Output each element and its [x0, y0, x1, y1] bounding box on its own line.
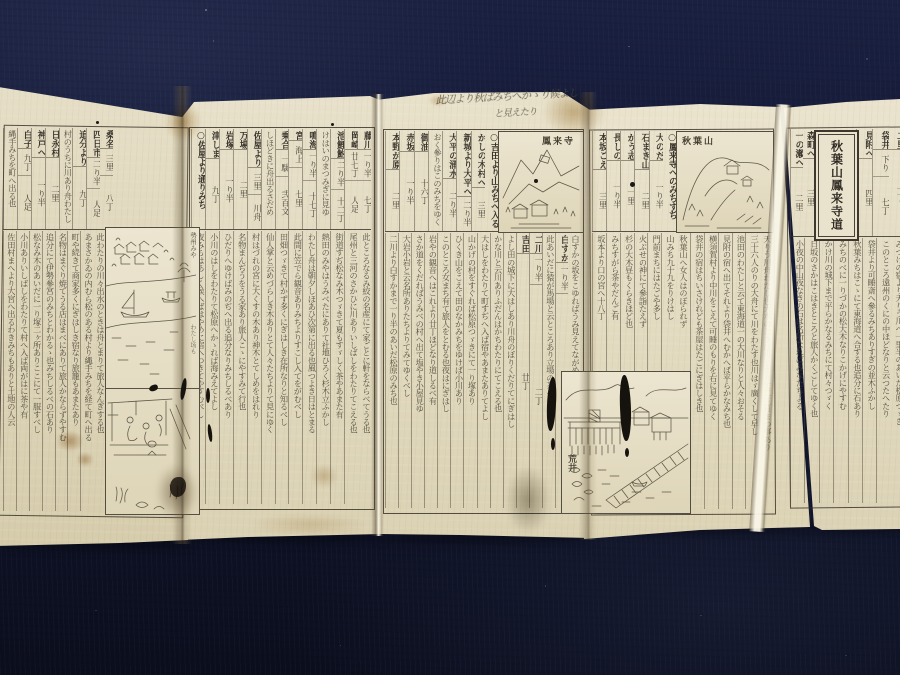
entry-distance: 一り半: [650, 161, 663, 231]
column-text: 村はづれの宮に大くすの木あり神木とてしめをはれり: [248, 231, 261, 504]
column-text: ○鳳来寺へのみちすぢ: [663, 131, 676, 231]
text-column: みちのべに一りづかの松大木なりこかげにやすむ: [833, 238, 847, 503]
column-text: このところ女まち有て旅人をとむる也夜はにぎはし: [438, 233, 450, 508]
text-column: 本坂ごえ三里: [592, 131, 606, 231]
text-column: 万場二里: [233, 129, 247, 229]
column-text: 仙人掌と云めづらしき木ありとて人々たちよりて見にゆく: [262, 231, 275, 504]
column-text: 追分にて伊勢參宮のみちとわかるゝ也みちしるべの石あり: [43, 231, 55, 511]
entry-name: 吉田: [517, 233, 529, 254]
column-text: ○吉田より山みちへ入る: [485, 131, 498, 231]
column-text: 小川のはしをわたりて松原へかゝれば海みえてよし: [206, 231, 219, 504]
column-text: 火ぶせの神にて參詣たえず: [635, 233, 648, 371]
text-block-panel4-right: 天りう川舟わたし也大水のときは舟とまりて二三日まつ事あり三十六人のりの大舟にて川…: [690, 233, 772, 509]
column-text: 池田のわたしと云て東海道一の大川なりと人々おそる: [733, 233, 746, 509]
entry-distance: 七里: [289, 168, 302, 229]
ink-stroke: [206, 388, 210, 403]
text-column: 池田のわたしと云て東海道一の大川なりと人々おそる: [732, 233, 746, 509]
entry-name: 池鯉鮒: [331, 129, 344, 159]
text-column: みつけの宿より天りう川へ一里半のあいだ松原つゞき: [891, 238, 900, 503]
column-text: さか道をくだればうみべの村へ出て塩やき小屋見ゆ: [412, 233, 424, 508]
text-column: 仙人掌と云めづらしき木ありとて人々たちよりて見にゆく: [261, 231, 275, 504]
column-text: 尾州と三河のさかひに川ありいしばしをわたりてこえる也: [345, 231, 358, 504]
text-column: 四日市二り半人足: [86, 128, 100, 229]
column-text: 岩やの観音へはこれより廿丁ほどなり道しるべ有: [425, 233, 437, 508]
text-column: 森町へ三里: [803, 129, 815, 236]
column-text: 田畑つゞきて村かず多くにぎはしき在所なりと知るべし: [276, 231, 289, 504]
text-column: 追分より九丁: [72, 128, 86, 229]
route-register-panel3: ○吉田より山みちへ入るかしの木村へ三里新城より大平へ二り半大平の涌水二り半おく參…: [385, 131, 498, 232]
entry-distance: 九丁: [73, 167, 86, 229]
ink-dot: [96, 121, 99, 124]
ink-drip: [551, 438, 555, 450]
entry-name: 岡崎: [345, 129, 358, 150]
text-block-panel2: 此ところなるみ絞の名産にて家ごとに軒をならべてうる也尾州と三河のさかひに川ありい…: [191, 231, 371, 504]
text-column: 大岩小岩と云名所ありたちよりてみてゆくべし: [398, 233, 411, 508]
entry-name: 神戸へ: [32, 128, 45, 158]
entry-name: かう志: [621, 131, 634, 161]
text-block-panel4-left: 秋葉山へ女人はのぼられず山みち九十九をりけはし門前まちにはたごや多し火ぶせの神に…: [592, 233, 688, 371]
text-column: さか道をくだればうみべの村へ出て塩やき小屋見ゆ: [411, 233, 424, 508]
text-column: 大はしをわたりて町すぢへ入ば宿やあまたありてよし: [477, 233, 490, 508]
text-column: あまさかゐの内むら松のある村より縄手みちを経て町へ出る: [80, 231, 93, 511]
entry-distance: 七丁: [873, 177, 888, 236]
akibasan-illustration: 秋葉山: [676, 131, 774, 233]
text-column: 縄手みちを町へ出る也: [3, 128, 17, 229]
text-column: 岡崎廿七丁人足: [344, 129, 358, 229]
text-column: ひだりへゆけばみのぢへ出る追分なりみちしるべあり: [219, 231, 233, 504]
text-column: おく參りはこのみちをゆく: [428, 131, 442, 231]
route-register-panel5-left: 森町へ三里一の瀬へ二里: [790, 129, 814, 237]
entry-distance: 一駄: [276, 150, 289, 177]
column-text: 見附の宿へ出てそれより袋井へむかへば平らかなみち也: [719, 233, 732, 509]
entry-distance: 四里: [857, 159, 872, 236]
text-column: 田畑つゞきて村かず多くにぎはしき在所なりと知るべし: [275, 231, 289, 504]
photo-scene: 桑名三里八丁四日市二り半人足追分より九丁村のうちに川あり舟わたし日永村二里神戸へ…: [0, 0, 900, 675]
column-text: 小夜の中山夜なきの石は名所なればみなたちよる: [791, 238, 804, 503]
entry-name: 本野が原: [386, 131, 399, 170]
entry-name: 白子: [18, 128, 31, 149]
entry-distance: 一り半: [607, 161, 620, 231]
column-text: 袋井の宿はちいさけれども茶屋はたごにぎはしき也: [691, 233, 704, 509]
entry-name: 一の瀬へ: [791, 129, 803, 168]
entry-distance: 八丁: [100, 176, 113, 229]
text-column: ○佐屋より通りみち: [191, 129, 205, 229]
ferry-label: わたし场も: [189, 324, 195, 354]
text-column: 白子九丁人足: [17, 128, 31, 229]
text-column: 山みち九十九をりけはし: [661, 233, 675, 371]
text-column: わたし舟は朝夕しほあひ次第に出る也風つよき日はとまる: [302, 231, 316, 504]
column-text: ひくき山をこえて田のなかみちをゆけば小川あり: [451, 233, 463, 508]
entry-distance: 二里: [386, 170, 399, 231]
text-column: ひくき山をこえて田のなかみちをゆけば小川あり: [450, 233, 463, 508]
column-text: 縄手みちを町へ出る也: [4, 128, 17, 229]
column-text: 門前まちにはたごや多し: [648, 233, 661, 371]
column-text: 松なみ木のあいだに一り塚二ヶ所ありここにて一服すべし: [30, 231, 42, 511]
text-column: 杉の大木昼もくらきほど也: [620, 233, 634, 371]
column-text: 此間に笠でら観音ありみちよりすこし入てをがむべし: [289, 231, 302, 504]
route-register-panel1: 桑名三里八丁四日市二り半人足追分より九丁村のうちに川あり舟わたし日永村二里神戸へ…: [3, 128, 113, 230]
column-text: 名物はまぐり焼てうる店はまべにありて旅人かならずやすむ: [56, 231, 68, 511]
entry-name: 本坂ごえ: [593, 131, 606, 170]
column-text: 杉の大木昼もくらきほど也: [621, 233, 634, 371]
entry-distance: 二り半: [457, 197, 470, 231]
entry-name: 新城より大平へ: [457, 131, 470, 197]
entry-name: 万場: [234, 129, 247, 150]
text-column: 岩やの観音へはこれより廿丁ほどなり道しるべ有: [424, 233, 437, 508]
entry-distance: 一り半: [530, 254, 542, 285]
text-column: 門前まちにはたごや多し: [647, 233, 661, 371]
text-block-panel5: みつけの宿より天りう川へ一里半のあいだ松原つゞきこのところ遠州のくにの中ほどなり…: [790, 238, 900, 503]
column-text: 大岩小岩と云名所ありたちよりてみてゆくべし: [399, 233, 411, 508]
entry-distance: 九丁: [18, 149, 31, 176]
ink-drip: [625, 448, 629, 457]
text-column: このところ女まち有て旅人をとむる也夜はにぎはし: [437, 233, 450, 508]
entry-name: 石まき山: [635, 131, 648, 170]
entry-distance: 川舟: [248, 195, 261, 229]
entry-name: 袋井: [873, 129, 888, 150]
dust-speck: [628, 46, 630, 47]
entry-name: 乗合: [276, 129, 289, 150]
entry-distance: 十七丁: [303, 181, 316, 230]
text-column: 宮海上七里: [288, 129, 302, 229]
entry-distance: 下り: [873, 150, 888, 177]
text-column: 新城より大平へ二り半: [456, 131, 470, 231]
column-text: ○佐屋より通りみち: [192, 129, 205, 229]
column-text: 秋葉みちはこゝにて東海道へ合する也追分に石あり: [849, 238, 862, 503]
horaiji-drawing: [499, 132, 583, 232]
entry-distance: 一り半: [303, 150, 316, 181]
text-column: 袋井の宿はちいさけれども茶屋はたごにぎはしき也: [690, 233, 704, 509]
text-column: 町や続きて商家多くにぎはしき宿なり旅籠もあまたあり: [67, 231, 80, 511]
entry-distance: 二里: [791, 168, 803, 236]
text-column: 二川より白すかまで一り半のあいだ松原のみち也: [385, 233, 398, 508]
entry-distance: 一り半: [556, 263, 568, 294]
entry-distance: 一り半: [32, 158, 45, 229]
text-column: 小川のはしをわたりて松原へかゝれば海みえてよし: [205, 231, 219, 504]
entry-distance: 二里: [635, 170, 648, 231]
entry-name: 二川: [530, 233, 542, 254]
column-text: 大はしをわたりて町すぢへ入ば宿やあまたありてよし: [478, 233, 490, 508]
route-register-panel5-right: 二里十丁袋井下り七丁見附へ四里: [856, 129, 900, 237]
column-text: 日坂のさかはこはきところと旅人かくごしてゆく也: [805, 238, 818, 503]
text-column: ○鳳来寺へのみちすぢ: [663, 131, 676, 231]
entry-distance: 一り半: [220, 150, 233, 229]
entry-name: 見附へ: [857, 129, 872, 159]
text-column: 大のだ一り半: [649, 131, 663, 231]
column-text: 町や続きて商家多くにぎはしき宿なり旅籠もあまたあり: [68, 231, 80, 511]
text-column: ○吉田より山みちへ入る: [485, 131, 498, 231]
text-column: 二里十丁: [889, 129, 900, 236]
entry-distance: 十丁: [889, 150, 900, 236]
column-text: 三十六人のりの大舟にて川をわたす也川はゞ廣くして早し: [746, 233, 759, 509]
text-column: 日坂のさかはこはきところと旅人かくごしてゆく也: [804, 238, 818, 503]
akibasan-drawing: [677, 132, 773, 232]
text-column: 松なみ木のあいだに一り塚二ヶ所ありここにて一服すべし: [29, 231, 42, 511]
column-text: みちすがら茶やだんご有: [607, 233, 620, 371]
entry-distance: 二り半: [87, 158, 100, 189]
entry-name: 藤川: [358, 129, 371, 150]
text-column: 此ところなるみ絞の名産にて家ごとに軒をならべてうる也: [358, 231, 371, 504]
entry-name: 岩塚: [220, 129, 233, 150]
column-text: 此あいだに猿が馬場と云ところあり立場の茶や多し: [543, 233, 555, 508]
horaiji-temple-illustration: 鳳来寺: [498, 131, 584, 233]
entry-distance: 三里: [803, 159, 815, 236]
entry-distance: 十六丁: [415, 152, 428, 231]
text-column: 袋井下り七丁: [872, 129, 888, 236]
column-text: 此ところなるみ絞の名産にて家ごとに軒をならべてうる也: [358, 231, 371, 504]
text-column: 秋葉みちはこゝにて東海道へ合する也追分に石あり: [848, 238, 862, 503]
column-text: 袋井より可睡斎へ參るみちありすぎの並木ふかし: [863, 238, 876, 503]
dust-speck: [95, 610, 97, 611]
text-column: このところ遠州のくにの中ほどなりと云つたへたり: [876, 238, 890, 503]
entry-distance: 三里: [472, 188, 485, 231]
column-text: かな川と云川ありふだんはかちわたりにてこえる也: [491, 233, 503, 508]
section-title-box: 秋葉山鳳来寺道: [814, 130, 859, 241]
entry-distance: 一り半: [400, 152, 413, 231]
entry-name: 桑名: [100, 128, 113, 149]
text-column: 小夜の中山夜なきの石は名所なればみなたちよる: [790, 238, 804, 503]
text-column: 秋葉山へ女人はのぼられず: [675, 233, 688, 371]
dust-speck: [205, 9, 207, 11]
text-column: 鳴海一り半十七丁: [302, 129, 316, 229]
entry-distance: 二丁: [530, 285, 542, 509]
ink-dot: [534, 179, 538, 183]
text-column: よし田の城下に大はしあり川舟のぼりくだりてにぎはし: [503, 233, 516, 508]
text-column: 追分にて伊勢參宮のみちとわかるゝ也みちしるべの石あり: [42, 231, 55, 511]
text-column: 本野が原二里: [385, 131, 399, 231]
text-column: 御油十六丁: [414, 131, 428, 231]
entry-distance: 人足: [18, 176, 31, 229]
column-text: 街道すぢ松なみ木つゞきて夏もすゞしく茶やあまた有: [331, 231, 344, 504]
harbor-scene-illustration: 勢州みや わたし场も: [105, 227, 200, 515]
text-column: 名物はまぐり焼てうる店はまべにありて旅人かならずやすむ: [55, 231, 68, 511]
section-title: 秋葉山鳳来寺道: [831, 140, 843, 231]
text-column: 名物まんぢうをうる家あり旅人こゝにやすみて行也: [233, 231, 247, 504]
entry-distance: 海上: [289, 141, 302, 168]
column-text: 小川ありいしばしをわたりて村へ入ば両がはに茶や有: [17, 231, 29, 511]
text-column: 佐屋より三里川舟: [247, 129, 261, 229]
text-column: 吉田廿丁: [516, 233, 529, 508]
dust-speck: [545, 585, 546, 587]
entry-distance: 三里: [593, 170, 606, 231]
column-text: あまさかゐの内むら松のある村より縄手みちを経て町へ出る: [81, 231, 93, 511]
text-column: 津しま九丁: [205, 129, 219, 229]
column-text: かけ川の城下まで平らかなるみちにて村々つゞく: [820, 238, 833, 503]
entry-distance: 九丁: [206, 159, 219, 229]
entry-name: 津しま: [206, 129, 219, 159]
dust-speck: [340, 645, 341, 646]
text-column: 此わたりの川々出水のときは舟とまりて旅人なんぎする也: [93, 231, 105, 511]
column-text: 横須賀村より中川をこえて可睡のもりを右に見てゆく: [705, 233, 718, 509]
text-column: 村はづれの宮に大くすの木あり神木とてしめをはれり: [247, 231, 261, 504]
text-column: 見附の宿へ出てそれより袋井へむかへば平らかなみち也: [718, 233, 732, 509]
entry-distance: 二り半: [331, 159, 344, 190]
entry-name: 追分より: [73, 128, 86, 167]
text-column: 火ぶせの神にて參詣たえず: [634, 233, 648, 371]
text-column: 神戸へ一り半: [31, 128, 45, 229]
column-text: 山かげの村をすぐれば松原つゞきにて一り塚あり: [464, 233, 476, 508]
text-column: しほどきに舟出るさだめ: [261, 129, 275, 229]
entry-name: 鳴海: [303, 129, 316, 150]
entry-name: 赤坂: [400, 131, 413, 152]
column-text: 此わたりの川々出水のときは舟とまりて旅人なんぎする也: [93, 231, 105, 511]
text-column: 天りう川舟わたし也大水のときは舟とまりて二三日まつ事あり: [759, 233, 772, 509]
column-text: このところ遠州のくにの中ほどなりと云つたへたり: [877, 238, 890, 503]
entry-name: 森町へ: [803, 129, 815, 159]
section-title-inner-border: 秋葉山鳳来寺道: [818, 134, 855, 237]
column-text: みつけの宿より天りう川へ一里半のあいだ松原つゞき: [891, 238, 900, 503]
entry-name: かしの木村へ: [472, 131, 485, 188]
entry-distance: 廿七丁: [345, 150, 358, 181]
akibasan-label: 秋葉山: [682, 134, 715, 147]
text-column: 佐田村まへより大宮へ出るわきみちもありと土地の人云: [3, 231, 16, 511]
column-text: 二川より白すかまで一り半のあいだ松原のみち也: [386, 233, 398, 508]
text-column: 袋井より可睡斎へ參るみちありすぎの並木ふかし: [862, 238, 876, 503]
entry-distance: 一里: [621, 161, 634, 231]
column-text: よし田の城下に大はしあり川舟のぼりくだりてにぎはし: [504, 233, 516, 508]
column-text: 坂本より口の宮へ十八丁: [593, 233, 606, 371]
text-block-panel3: 白すかの坂をこゆればうみ見えてながめことによろし白すか一り半人足此あいだに猿が馬…: [385, 233, 580, 508]
text-column: 村のうちに川あり舟わたし: [59, 128, 73, 229]
entry-distance: 二里: [46, 158, 59, 229]
column-text: 山みち九十九をりけはし: [662, 233, 675, 371]
text-column: 大平の涌水二り半: [442, 131, 456, 231]
entry-distance: 三里: [248, 168, 261, 195]
text-column: 山かげの村をすぐれば松原つゞきにて一り塚あり: [463, 233, 476, 508]
entry-distance: 十二丁: [331, 190, 344, 230]
dust-speck: [700, 615, 702, 616]
entry-name: 長しの: [607, 131, 620, 161]
text-column: 日永村二里: [45, 128, 59, 229]
harbor-label: 勢州みや: [190, 232, 197, 258]
text-column: 池鯉鮒二り半十二丁: [330, 129, 344, 229]
text-column: 一の瀬へ二里: [790, 129, 803, 236]
text-column: 二川一り半二丁: [529, 233, 542, 508]
column-text: みちのべに一りづかの松大木なりこかげにやすむ: [834, 238, 847, 503]
entry-name: 大のだ: [650, 131, 663, 161]
arai-label: 荒井: [566, 454, 575, 472]
entry-name: 白すか: [556, 233, 568, 263]
column-text: おく參りはこのみちをゆく: [429, 131, 442, 231]
text-column: 此あいだに猿が馬場と云ところあり立場の茶や多し: [542, 233, 555, 508]
column-text: 天りう川舟わたし也大水のときは舟とまりて二三日まつ事あり: [759, 233, 772, 509]
entry-distance: 廿丁: [517, 254, 529, 508]
entry-name: 日永村: [46, 128, 59, 158]
text-column: かけ川の城下まで平らかなるみちにて村々つゞく: [819, 238, 833, 503]
dust-speck: [845, 655, 847, 656]
text-column: 街道すぢ松なみ木つゞきて夏もすゞしく茶やあまた有: [330, 231, 344, 504]
entry-distance: 一り半: [358, 150, 371, 181]
ink-dot: [630, 182, 635, 187]
text-column: 乗合一駄弐百文: [275, 129, 289, 229]
column-text: けはいのまつみぎに見ゆ: [317, 129, 330, 229]
entry-name: 宮: [289, 129, 302, 141]
text-column: みちすがら茶やだんご有: [606, 233, 620, 371]
text-column: 長しの一り半: [606, 131, 620, 231]
column-text: 村のうちに川あり舟わたし: [60, 128, 73, 229]
text-column: かう志一里: [620, 131, 634, 231]
column-text: 熱田のみやはうみべたにありて社地ひろく杉木立ふかし: [317, 231, 330, 504]
text-column: 尾州と三河のさかひに川ありいしばしをわたりてこえる也: [344, 231, 358, 504]
route-register-panel2: 藤川一り半七丁岡崎廿七丁人足池鯉鮒二り半十二丁けはいのまつみぎに見ゆ鳴海一り半十…: [191, 129, 371, 230]
text-column: 石まき山二里: [634, 131, 648, 231]
text-column: 藤川一り半七丁: [358, 129, 371, 229]
text-column: 熱田のみやはうみべたにありて社地ひろく杉木立ふかし: [316, 231, 330, 504]
text-column: 赤坂一り半: [399, 131, 413, 231]
text-column: 此間に笠でら観音ありみちよりすこし入てをがむべし: [288, 231, 302, 504]
entry-distance: 三里: [100, 149, 113, 176]
text-column: かしの木村へ三里: [471, 131, 485, 231]
text-column: けはいのまつみぎに見ゆ: [316, 129, 330, 229]
entry-distance: 人足: [87, 189, 100, 230]
entry-distance: 二り半: [443, 179, 456, 231]
dust-speck: [866, 58, 868, 60]
entry-name: 佐屋より: [248, 129, 261, 168]
text-column: 小川ありいしばしをわたりて村へ入ば両がはに茶や有: [16, 231, 29, 511]
text-column: 横須賀村より中川をこえて可睡のもりを右に見てゆく: [704, 233, 718, 509]
entry-distance: 七丁: [358, 181, 371, 230]
entry-distance: 弐百文: [276, 177, 289, 229]
column-text: 佐田村まへより大宮へ出るわきみちもありと土地の人云: [4, 231, 16, 511]
harbor-drawing: [106, 228, 196, 388]
text-column: 坂本より口の宮へ十八丁: [592, 233, 606, 371]
entry-distance: 人足: [345, 181, 358, 230]
entry-distance: 二里: [234, 150, 247, 229]
text-column: かな川と云川ありふだんはかちわたりにてこえる也: [490, 233, 503, 508]
text-block-panel1: 此わたりの川々出水のときは舟とまりて旅人なんぎする也あまさかゐの内むら松のある村…: [3, 231, 105, 511]
column-text: ひだりへゆけばみのぢへ出る追分なりみちしるべあり: [220, 231, 233, 504]
text-column: 桑名三里八丁: [100, 128, 113, 229]
column-text: しほどきに舟出るさだめ: [262, 129, 275, 229]
ink-dot: [331, 123, 334, 126]
text-column: 岩塚一り半: [219, 129, 233, 229]
column-text: わたし舟は朝夕しほあひ次第に出る也風つよき日はとまる: [303, 231, 316, 504]
entry-name: 御油: [415, 131, 428, 152]
horaiji-label: 鳳来寺: [542, 134, 575, 147]
dust-speck: [213, 40, 214, 42]
entry-name: 二里: [889, 129, 900, 150]
entry-name: 四日市: [87, 128, 100, 158]
handwritten-annotation: 此辺より秋ばみちへかゝり候よし と見えたり: [435, 83, 617, 140]
column-text: 名物まんぢうをうる家あり旅人こゝにやすみて行也: [234, 231, 247, 504]
column-text: 秋葉山へ女人はのぼられず: [675, 233, 688, 371]
text-column: 三十六人のりの大舟にて川をわたす也川はゞ廣くして早し: [745, 233, 759, 509]
